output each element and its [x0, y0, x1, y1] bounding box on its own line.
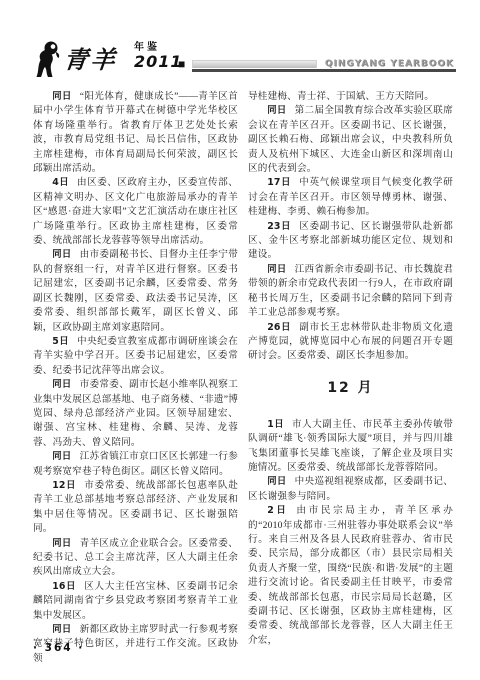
- right-column: 导桂建梅、青士祥、于国斌、王方天陪同。同日第二届全国教育综合改革实验区联席会议在…: [248, 90, 453, 640]
- logo-script-title: 青羊: [62, 40, 120, 75]
- entry-date-label: 同日: [267, 476, 286, 487]
- page-header: 青羊 年鉴 2011 ■ QINGYANG YEARBOOK: [32, 40, 456, 78]
- entry-paragraph: 23日区委副书记、区长谢强带队赴新都区、金牛区考察北部新城功能区定位、规划和建设…: [248, 220, 453, 263]
- banner-strip: [192, 60, 317, 68]
- text-columns: 同日“阳光体育，健康成长”——青羊区首届中小学生体育节开幕式在树德中学光华校区体…: [33, 90, 453, 640]
- entry-date-label: 5日: [52, 336, 69, 347]
- page-number: · 364 ·: [33, 642, 84, 654]
- entry-date-label: 同日: [52, 538, 71, 549]
- entry-date-label: 同日: [52, 451, 71, 462]
- entry-date-label: 17日: [267, 177, 291, 188]
- entry-date-label: 同日: [267, 105, 286, 116]
- entry-paragraph: 同日第二届全国教育综合改革实验区联席会议在青羊区召开。区委副书记、区长谢强，副区…: [248, 104, 453, 176]
- entry-paragraph: 同日由市委副秘书长、目督办主任李宁带队的督察组一行，对青羊区进行督察。区委书记屈…: [33, 248, 238, 334]
- goat-mascot-icon: [32, 40, 64, 78]
- banner-text: QINGYANG YEARBOOK: [325, 59, 456, 69]
- entry-paragraph: 17日中英气候课堂项目气候变化教学研讨会在青羊区召开。市区领导傅勇林、谢强、桂建…: [248, 176, 453, 219]
- entry-date-label: 同日: [52, 91, 72, 102]
- entry-date-label: 23日: [267, 221, 291, 232]
- logo-year: 2011: [134, 54, 183, 70]
- entry-paragraph: 4日由区委、区政府主办，区委宣传部、区精神文明办、区文化广电旅游局承办的青羊区“…: [33, 176, 238, 248]
- entry-paragraph: 导桂建梅、青士祥、于国斌、王方天陪同。: [248, 90, 453, 104]
- entry-paragraph: 同日青羊区成立企业联合会。区委常委、纪委书记、总工会主席沈萍，区人大副主任余疾风…: [33, 537, 238, 580]
- yearbook-page: 青羊 年鉴 2011 ■ QINGYANG YEARBOOK 同日“阳光体育，健…: [0, 0, 480, 680]
- entry-date-label: 1日: [267, 419, 284, 430]
- entry-date-label: 26日: [267, 322, 291, 333]
- entry-paragraph: 16日区人大主任宫宝林、区委副书记余麟陪同湖南省宁乡县党政考察团考察青羊工业集中…: [33, 580, 238, 623]
- entry-date-label: 12日: [52, 480, 76, 491]
- entry-paragraph: 同日市委常委、副市长赵小维率队视察工业集中发展区总部基地、电子商务楼、“非遗”博…: [33, 378, 238, 450]
- entry-paragraph: 同日中央巡视组视察成都，区委副书记、区长谢强参与陪同。: [248, 475, 453, 504]
- entry-date-label: 同日: [52, 624, 71, 635]
- logo-stack: 年鉴 2011: [134, 43, 183, 70]
- entry-date-label: 4日: [52, 177, 69, 188]
- entry-paragraph: 同日江苏省镇江市京口区区长郭建一行参观考察宽窄巷子特色街区。副区长曾义陪同。: [33, 450, 238, 479]
- logo-square-icon: ■: [178, 58, 185, 70]
- entry-date-label: 同日: [52, 249, 71, 260]
- entry-paragraph: 1日市人大副主任、市民革主委孙传敏带队调研“雄飞·领秀国际大厦”项目，并与四川雄…: [248, 418, 453, 476]
- entry-paragraph: 同日“阳光体育，健康成长”——青羊区首届中小学生体育节开幕式在树德中学光华校区体…: [33, 90, 238, 176]
- entry-date-label: 16日: [52, 581, 76, 592]
- entry-paragraph: 同日江西省新余市委副书记、市长魏旋君带领的新余市党政代表团一行9人，在市政府副秘…: [248, 263, 453, 321]
- entry-paragraph: 26日副市长王忠林带队赴非物质文化遗产博览园，就博览园中心布展的问题召开专题研讨…: [248, 321, 453, 364]
- entry-paragraph: 5日中央纪委宣教室成都市调研座谈会在青羊实验中学召开。区委书记屈建宏，区委常委、…: [33, 335, 238, 378]
- header-banner: QINGYANG YEARBOOK: [192, 58, 456, 72]
- entry-date-label: 2日: [267, 505, 288, 516]
- entry-paragraph: 2日由市民宗局主办，青羊区承办的“2010年成都市·三州驻蓉办事处联系会议”举行…: [248, 504, 453, 648]
- entry-date-label: 同日: [267, 264, 286, 275]
- entry-paragraph: 12日市委常委、统战部部长包惠率队赴青羊工业总部基地考察总部经济、产业发展和集中…: [33, 479, 238, 537]
- entry-date-label: 同日: [52, 379, 71, 390]
- left-column: 同日“阳光体育，健康成长”——青羊区首届中小学生体育节开幕式在树德中学光华校区体…: [33, 90, 238, 640]
- month-heading: 12 月: [248, 377, 453, 397]
